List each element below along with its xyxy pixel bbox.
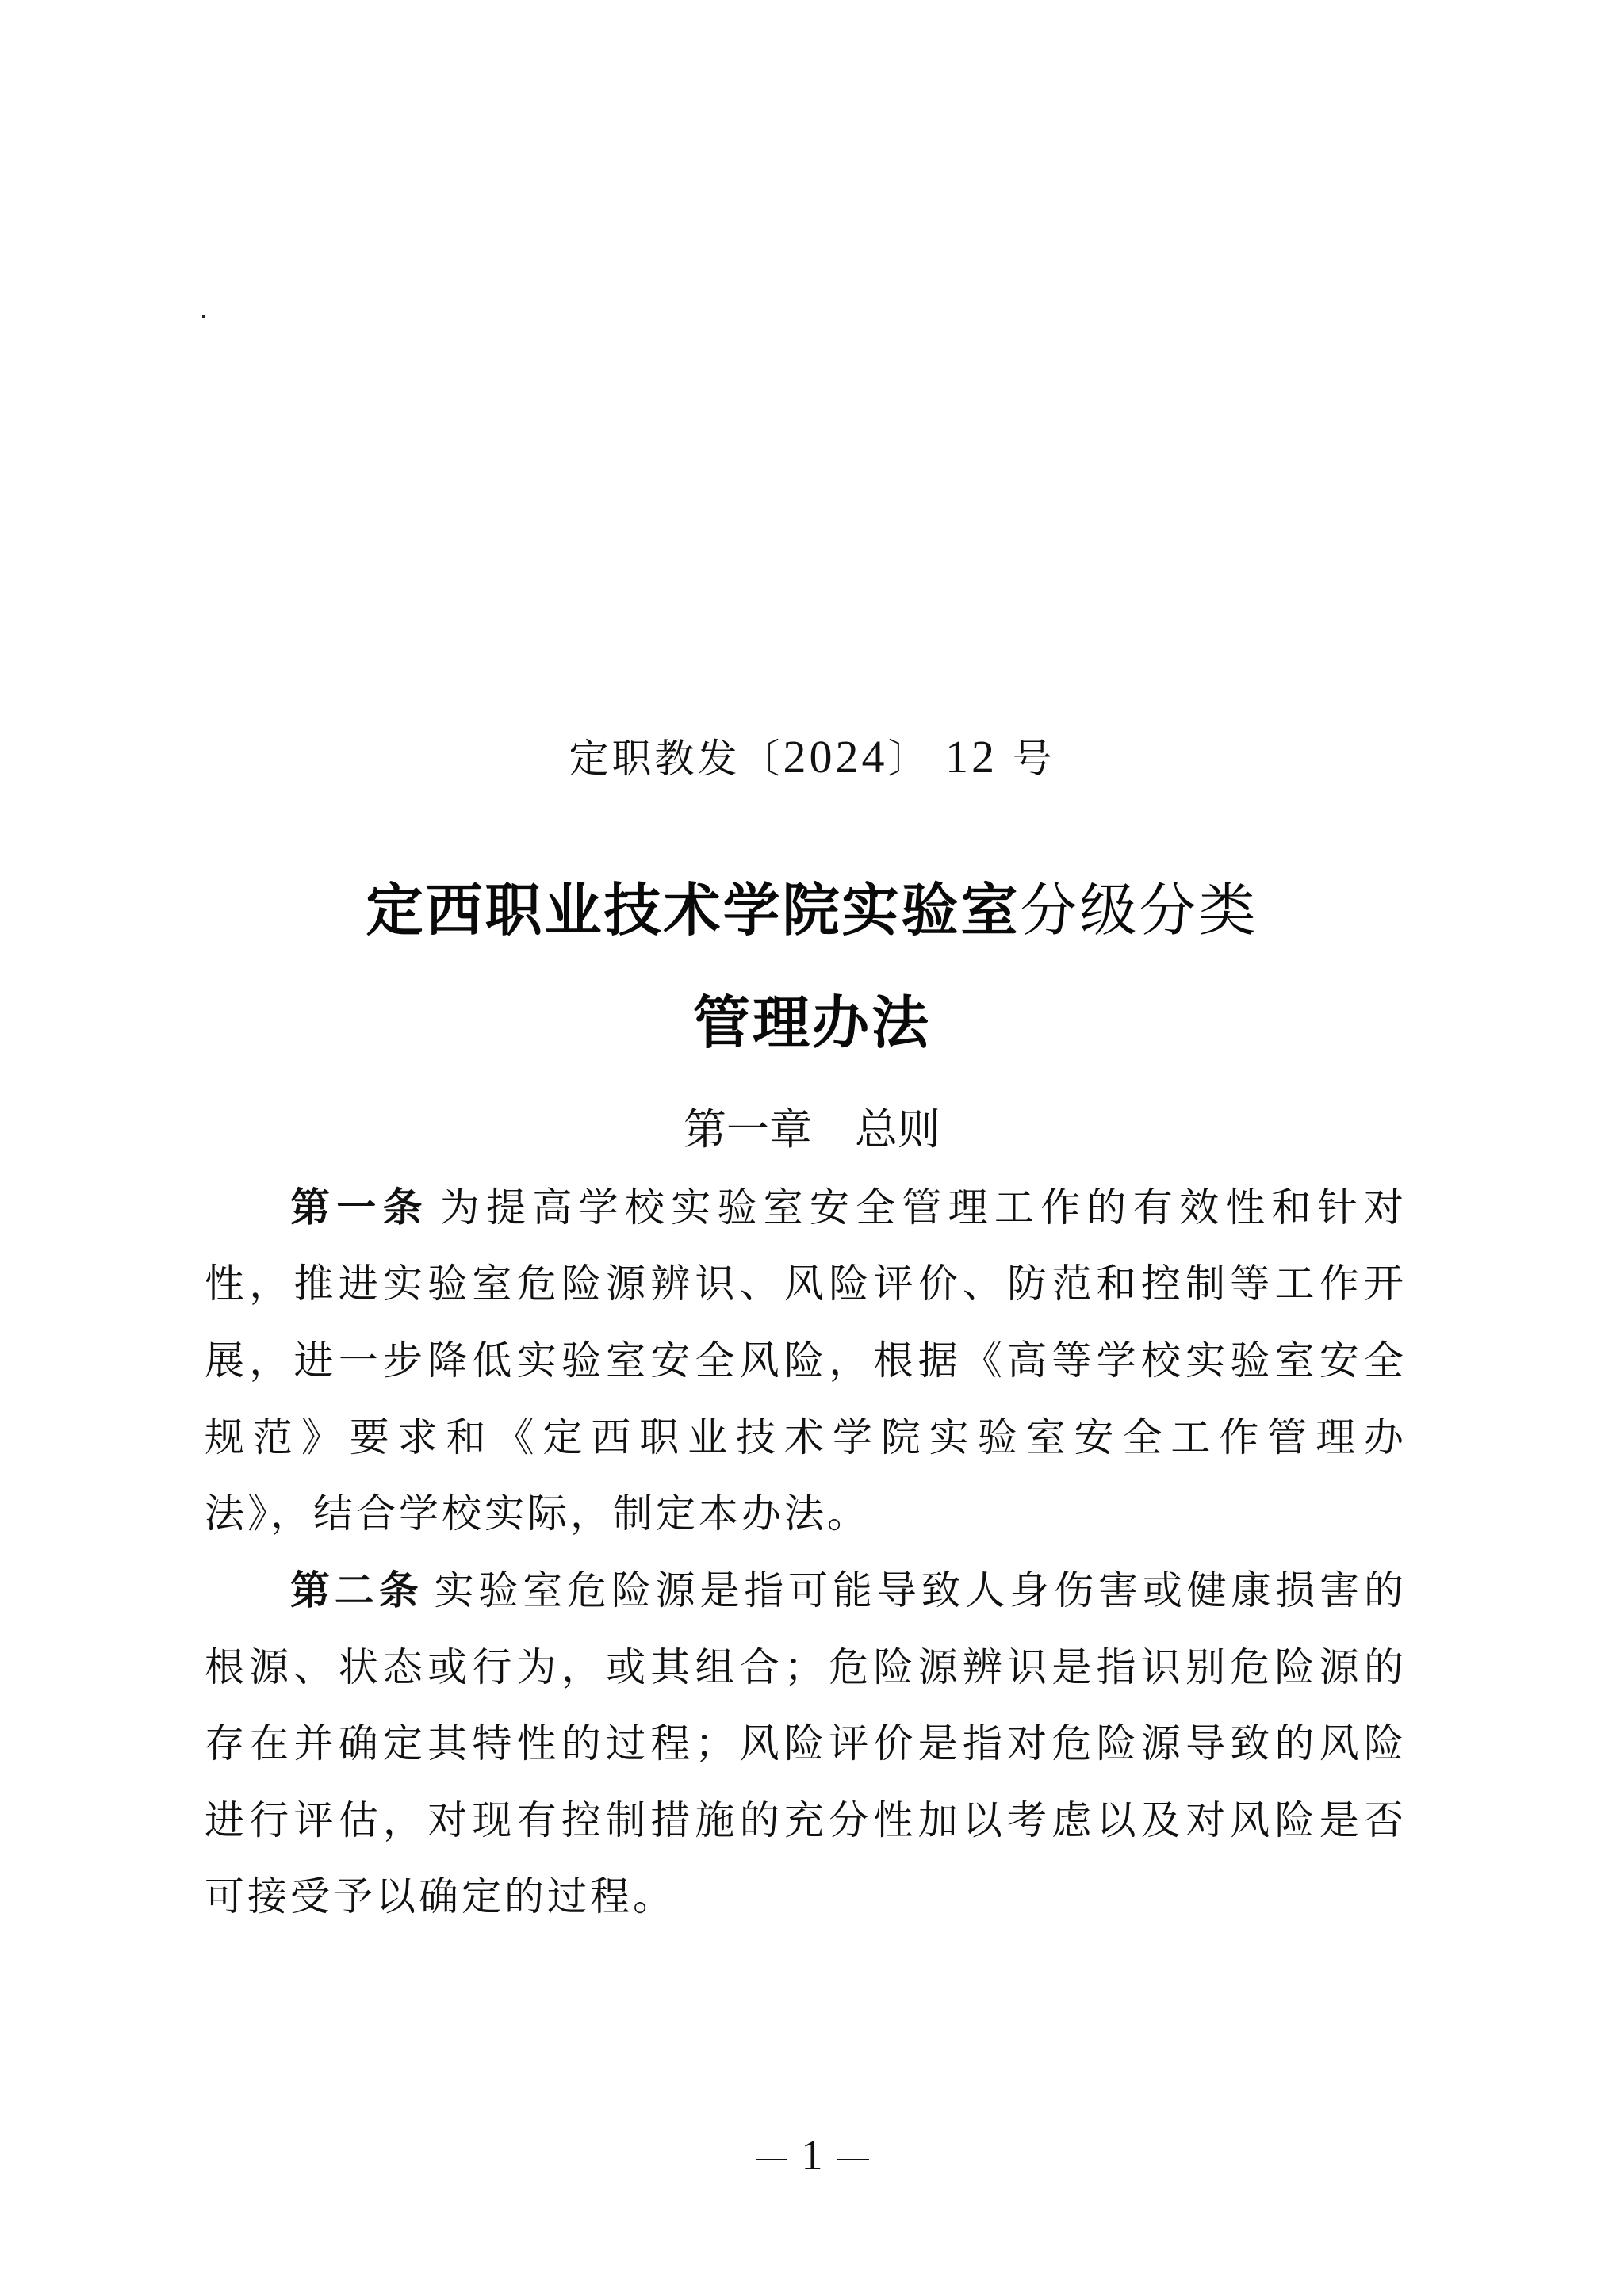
footer-dash-right: [837, 2159, 869, 2160]
article-text: 为提高学校实验室安全管理工作的有效性和针对: [440, 1184, 1404, 1230]
article-1-line-2: 性，推进实验室危险源辨识、风险评价、防范和控制等工作开: [205, 1256, 1404, 1311]
document-number: 定职教发〔2024〕 12 号: [0, 729, 1624, 786]
article-label: 第一条: [290, 1184, 429, 1230]
footer-dash-left: [756, 2159, 787, 2160]
title-bold-part: 定西职业技术学院实验室: [366, 876, 1020, 943]
article-2-line-4: 进行评估，对现有控制措施的充分性加以考虑以及对风险是否: [205, 1793, 1404, 1848]
article-label: 第二条: [290, 1567, 423, 1613]
chapter-name: 总则: [855, 1104, 940, 1154]
chapter-heading: 第一章总则: [0, 1102, 1624, 1158]
title-line-2-text: 管理办法: [693, 989, 931, 1056]
article-1-line-3: 展，进一步降低实验室安全风险，根据《高等学校实验室安全: [205, 1333, 1404, 1388]
article-2-line-5: 可接受予以确定的过程。: [205, 1869, 1404, 1924]
chapter-number: 第一章: [684, 1104, 812, 1154]
page-number: 1: [802, 2131, 823, 2179]
document-title-line-2: 管理办法: [0, 983, 1624, 1062]
page-footer: 1: [0, 2131, 1624, 2179]
article-2-line-1: 第二条实验室危险源是指可能导致人身伤害或健康损害的: [290, 1563, 1404, 1618]
document-title-line-1: 定西职业技术学院实验室分级分类: [0, 871, 1624, 950]
title-regular-part: 分级分类: [1021, 877, 1258, 943]
document-page: 定职教发〔2024〕 12 号 定西职业技术学院实验室分级分类 管理办法 第一章…: [0, 0, 1624, 2296]
article-1-line-4: 规范》要求和《定西职业技术学院实验室安全工作管理办: [205, 1410, 1404, 1465]
article-1-line-5: 法》，结合学校实际，制定本办法。: [205, 1486, 1404, 1541]
doc-number-prefix: 定职教发〔: [569, 736, 783, 782]
doc-number-close: 〕: [888, 736, 931, 782]
doc-number-suffix: 号: [1013, 736, 1055, 782]
article-1-line-1: 第一条为提高学校实验室安全管理工作的有效性和针对: [290, 1180, 1404, 1235]
doc-number-serial: 12: [931, 731, 1013, 783]
article-text: 实验室危险源是指可能导致人身伤害或健康损害的: [435, 1567, 1404, 1613]
article-2-line-3: 存在并确定其特性的过程；风险评价是指对危险源导致的风险: [205, 1716, 1404, 1771]
doc-number-year: 2024: [783, 731, 888, 783]
article-2-line-2: 根源、状态或行为，或其组合；危险源辨识是指识别危险源的: [205, 1640, 1404, 1695]
scan-artifact-dot: [202, 315, 205, 318]
